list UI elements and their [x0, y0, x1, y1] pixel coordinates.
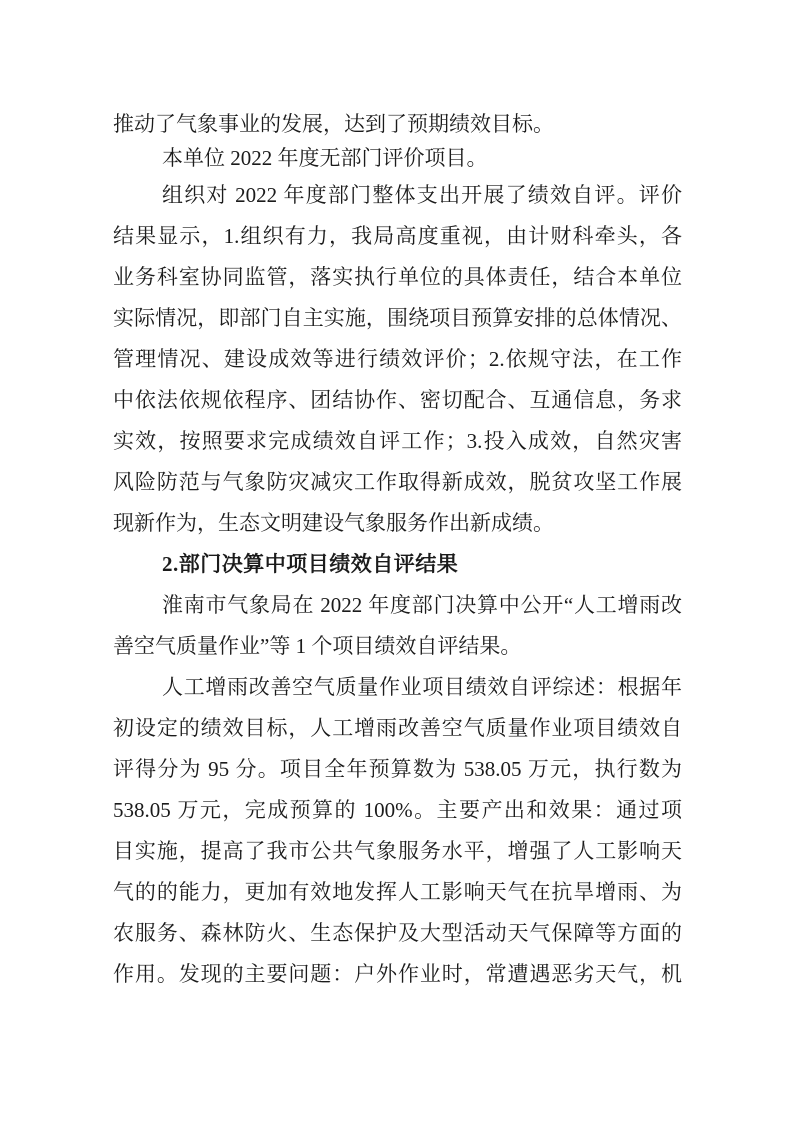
text-line: 初设定的绩效目标，人工增雨改善空气质量作业项目绩效自 — [113, 708, 682, 749]
text-line: 组织对 2022 年度部门整体支出开展了绩效自评。评价 — [113, 175, 682, 216]
text-line: 评得分为 95 分。项目全年预算数为 538.05 万元，执行数为 — [113, 749, 682, 790]
paragraph: 淮南市气象局在 2022 年度部门决算中公开“人工增雨改 善空气质量作业”等 1… — [113, 585, 682, 667]
paragraph: 人工增雨改善空气质量作业项目绩效自评综述：根据年 初设定的绩效目标，人工增雨改善… — [113, 667, 682, 995]
text-line: 目实施，提高了我市公共气象服务水平，增强了人工影响天 — [113, 831, 682, 872]
text-line: 538.05 万元，完成预算的 100%。主要产出和效果：通过项 — [113, 790, 682, 831]
text-line: 人工增雨改善空气质量作业项目绩效自评综述：根据年 — [113, 667, 682, 708]
text-line: 作用。发现的主要问题：户外作业时，常遭遇恶劣天气，机 — [113, 954, 682, 995]
text-line: 风险防范与气象防灾减灾工作取得新成效，脱贫攻坚工作展 — [113, 462, 682, 503]
paragraph: 本单位 2022 年度无部门评价项目。 — [113, 141, 682, 175]
text-line: 实效，按照要求完成绩效自评工作；3.投入成效，自然灾害 — [113, 421, 682, 462]
section-heading: 2.部门决算中项目绩效自评结果 — [113, 544, 682, 585]
paragraph: 组织对 2022 年度部门整体支出开展了绩效自评。评价 结果显示，1.组织有力，… — [113, 175, 682, 544]
text-line: 实际情况，即部门自主实施，围绕项目预算安排的总体情况、 — [113, 298, 682, 339]
text-line: 善空气质量作业”等 1 个项目绩效自评结果。 — [113, 626, 682, 667]
text-line: 业务科室协同监管，落实执行单位的具体责任，结合本单位 — [113, 257, 682, 298]
text-line: 现新作为，生态文明建设气象服务作出新成绩。 — [113, 503, 682, 544]
text-line: 农服务、森林防火、生态保护及大型活动天气保障等方面的 — [113, 913, 682, 954]
text-line: 管理情况、建设成效等进行绩效评价；2.依规守法，在工作 — [113, 339, 682, 380]
text-line: 结果显示，1.组织有力，我局高度重视，由计财科牵头，各 — [113, 216, 682, 257]
paragraph-continuation: 推动了气象事业的发展，达到了预期绩效目标。 — [113, 107, 682, 141]
text-line: 推动了气象事业的发展，达到了预期绩效目标。 — [113, 107, 682, 141]
document-page: 推动了气象事业的发展，达到了预期绩效目标。 本单位 2022 年度无部门评价项目… — [0, 0, 793, 1122]
text-line: 本单位 2022 年度无部门评价项目。 — [113, 141, 682, 175]
text-line: 中依法依规依程序、团结协作、密切配合、互通信息，务求 — [113, 380, 682, 421]
text-line: 淮南市气象局在 2022 年度部门决算中公开“人工增雨改 — [113, 585, 682, 626]
heading-text-line: 2.部门决算中项目绩效自评结果 — [113, 544, 682, 585]
text-line: 气的的能力，更加有效地发挥人工影响天气在抗旱增雨、为 — [113, 872, 682, 913]
